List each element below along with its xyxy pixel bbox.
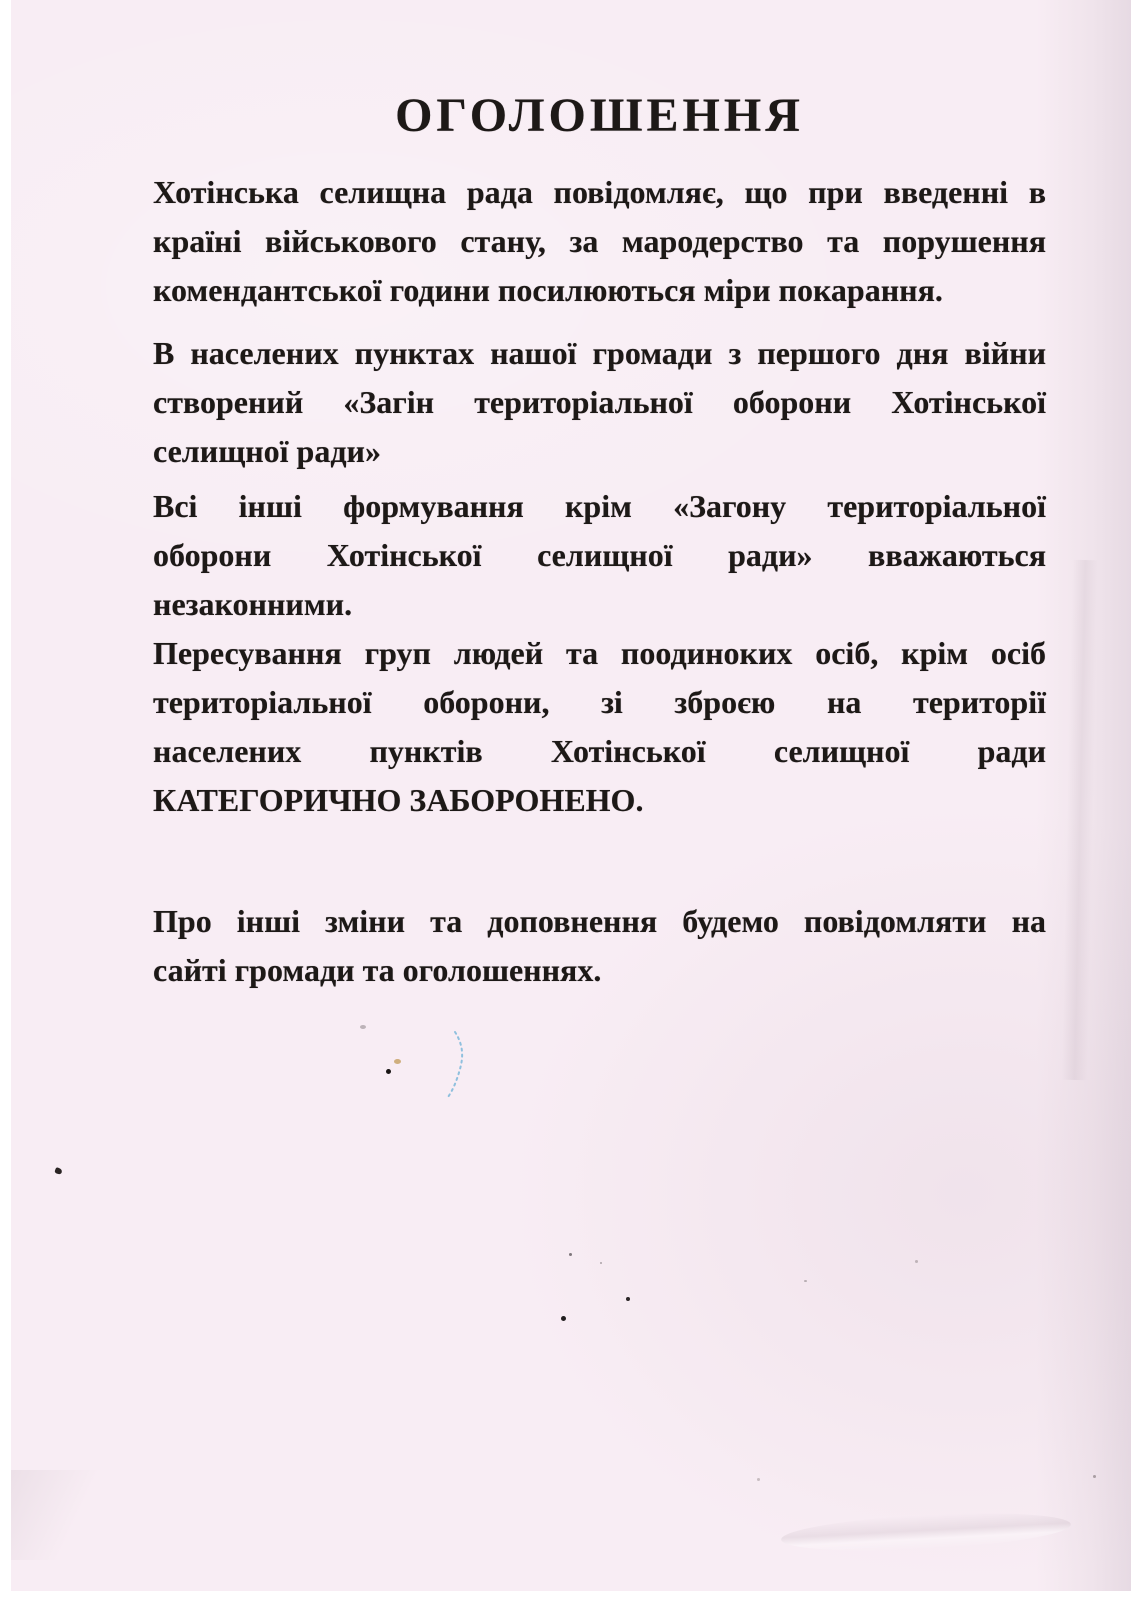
paragraph-illegal-formations: Всі інші формування крім «Загону територ…	[153, 482, 1046, 629]
ink-speck	[569, 1253, 572, 1256]
text-line: В населених пунктах нашої громади з перш…	[153, 329, 1046, 378]
paragraph-martial-law: Хотінська селищна рада повідомляє, що пр…	[153, 168, 1046, 315]
text-line: сайті громади та оголошеннях.	[153, 946, 1046, 995]
text-line: селищної ради»	[153, 427, 1046, 476]
ink-speck	[360, 1025, 366, 1029]
text-line: комендантської години посилюються міри п…	[153, 266, 1046, 315]
text-line: Пересування груп людей та поодиноких осі…	[153, 629, 1046, 678]
page-title: ОГОЛОШЕННЯ	[153, 88, 1046, 144]
text-line: Хотінська селищна рада повідомляє, що пр…	[153, 168, 1046, 217]
announcement-text: ОГОЛОШЕННЯ Хотінська селищна рада повідо…	[153, 88, 1046, 995]
paragraph-movement-ban: Пересування груп людей та поодиноких осі…	[153, 629, 1046, 825]
ink-speck	[386, 1069, 391, 1074]
text-line: територіальної оборони, зі зброєю на тер…	[153, 678, 1046, 727]
ink-speck	[600, 1262, 602, 1264]
paragraph-updates-notice: Про інші зміни та доповнення будемо пові…	[153, 897, 1046, 995]
ink-speck	[1093, 1475, 1096, 1478]
text-line: Про інші зміни та доповнення будемо пові…	[153, 897, 1046, 946]
text-line: КАТЕГОРИЧНО ЗАБОРОНЕНО.	[153, 776, 1046, 825]
ink-speck	[394, 1059, 401, 1064]
ink-speck	[915, 1260, 918, 1263]
text-line: країні військового стану, за мародерство…	[153, 217, 1046, 266]
text-line: оборони Хотінської селищної ради» вважаю…	[153, 531, 1046, 580]
text-line: населених пунктів Хотінської селищної ра…	[153, 727, 1046, 776]
paper-crease	[11, 1470, 131, 1560]
blue-pen-mark	[430, 1026, 500, 1104]
text-line: Всі інші формування крім «Загону територ…	[153, 482, 1046, 531]
text-line: створений «Загін територіальної оборони …	[153, 378, 1046, 427]
ink-speck	[626, 1297, 630, 1301]
paragraph-defense-unit: В населених пунктах нашої громади з перш…	[153, 329, 1046, 476]
ink-speck	[561, 1316, 566, 1321]
ink-speck	[757, 1478, 760, 1481]
paper-crease	[780, 1507, 1071, 1556]
text-line: незаконними.	[153, 580, 1046, 629]
ink-speck	[804, 1280, 807, 1282]
